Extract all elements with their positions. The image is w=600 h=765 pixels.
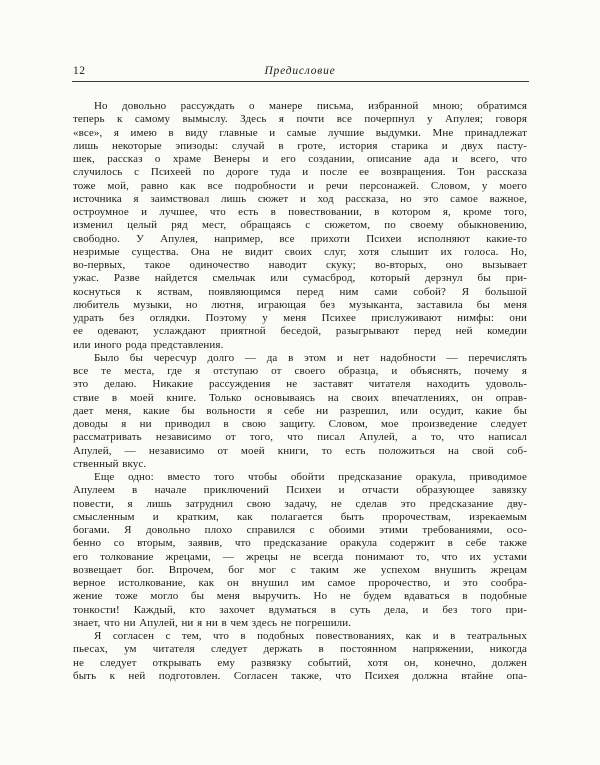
text-line: ее одевают, услаждают приятной беседой, … xyxy=(73,325,527,338)
page-body: Но довольно рассуждать о манере письма, … xyxy=(73,100,527,683)
text-line: теперь к самому вымыслу. Здесь я почти в… xyxy=(73,113,527,126)
text-line: Но довольно рассуждать о манере письма, … xyxy=(73,100,527,113)
text-line: не следует открывать ему развязку событи… xyxy=(73,657,527,670)
running-title: Предисловие xyxy=(73,64,527,78)
text-line: рассматривать независимо от того, что пи… xyxy=(73,431,527,444)
text-line: шек, рассказ о храме Венеры и его создан… xyxy=(73,153,527,166)
text-line: Еще одно: вместо того чтобы обойти предс… xyxy=(73,471,527,484)
text-line: быть к ней подготовлен. Согласен также, … xyxy=(73,670,527,683)
text-line: или иного рода представления. xyxy=(73,339,527,352)
text-line: удрать без оглядки. Поэтому у меня Психе… xyxy=(73,312,527,325)
text-line: ужас. Разве найдется смельчак или сумасб… xyxy=(73,272,527,285)
text-line: это делаю. Никакие рассуждения не застав… xyxy=(73,378,527,391)
text-line: Апулей, — независимо от моей книги, то е… xyxy=(73,445,527,458)
text-line: возвещает бог. Впрочем, бог мог с таким … xyxy=(73,564,527,577)
text-line: Было бы чересчур долго — да в этом и нет… xyxy=(73,352,527,365)
text-line: смысленным и кратким, как полагается быт… xyxy=(73,511,527,524)
text-line: лишь некоторые эпизоды: случай в гроте, … xyxy=(73,140,527,153)
text-line: повести, я лишь затруднил свою задачу, н… xyxy=(73,498,527,511)
text-line: любитель музыки, но лютня, играющая без … xyxy=(73,299,527,312)
text-line: незримые существа. Она не видит своих сл… xyxy=(73,246,527,259)
text-line: дает меня, какие бы вольности я себе ни … xyxy=(73,405,527,418)
text-line: знает, что ни Апулей, ни я ни в чем здес… xyxy=(73,617,527,630)
text-line: тоже мой, равно как все подробности и ре… xyxy=(73,180,527,193)
text-line: доводы я ни приводил в свою защиту. Слов… xyxy=(73,418,527,431)
book-page: 12 Предисловие Но довольно рассуждать о … xyxy=(0,0,600,765)
text-line: источника я заимствовал лишь сюжет и ход… xyxy=(73,193,527,206)
text-line: свободно. У Апулея, например, все прихот… xyxy=(73,233,527,246)
text-line: «все», я имею в виду главные и самые луч… xyxy=(73,127,527,140)
text-line: жение тоже могло бы меня выручить. Но не… xyxy=(73,590,527,603)
text-line: остроумное и лучшее, что есть в повество… xyxy=(73,206,527,219)
text-line: все те места, где я отступаю от своего о… xyxy=(73,365,527,378)
text-line: пьесах, ум читателя следует держать в по… xyxy=(73,643,527,656)
page-header: 12 Предисловие xyxy=(73,64,527,80)
text-line: бенно со вторым, заявив, что предсказани… xyxy=(73,537,527,550)
text-line: Апулеем в начале приключений Психеи и от… xyxy=(73,484,527,497)
text-line: ствие в моей книге. Только основываясь н… xyxy=(73,392,527,405)
text-line: тонкости! Каждый, кто захочет вдуматься … xyxy=(73,604,527,617)
text-line: во-первых, такое одиночество наводит ску… xyxy=(73,259,527,272)
text-line: богами. Я довольно плохо справился с обо… xyxy=(73,524,527,537)
text-line: Я согласен с тем, что в подобных повеств… xyxy=(73,630,527,643)
text-line: случилось с Психеей по дороге туда и пос… xyxy=(73,166,527,179)
text-line: его толкование жрецами, — жрецы не всегд… xyxy=(73,551,527,564)
header-rule xyxy=(72,81,529,82)
text-line: коснуться к яствам, появляющимся перед н… xyxy=(73,286,527,299)
text-line: изменил целый ряд мест, обращаясь с сюже… xyxy=(73,219,527,232)
text-line: ственный вкус. xyxy=(73,458,527,471)
text-line: верное истолкование, как он внушил им са… xyxy=(73,577,527,590)
